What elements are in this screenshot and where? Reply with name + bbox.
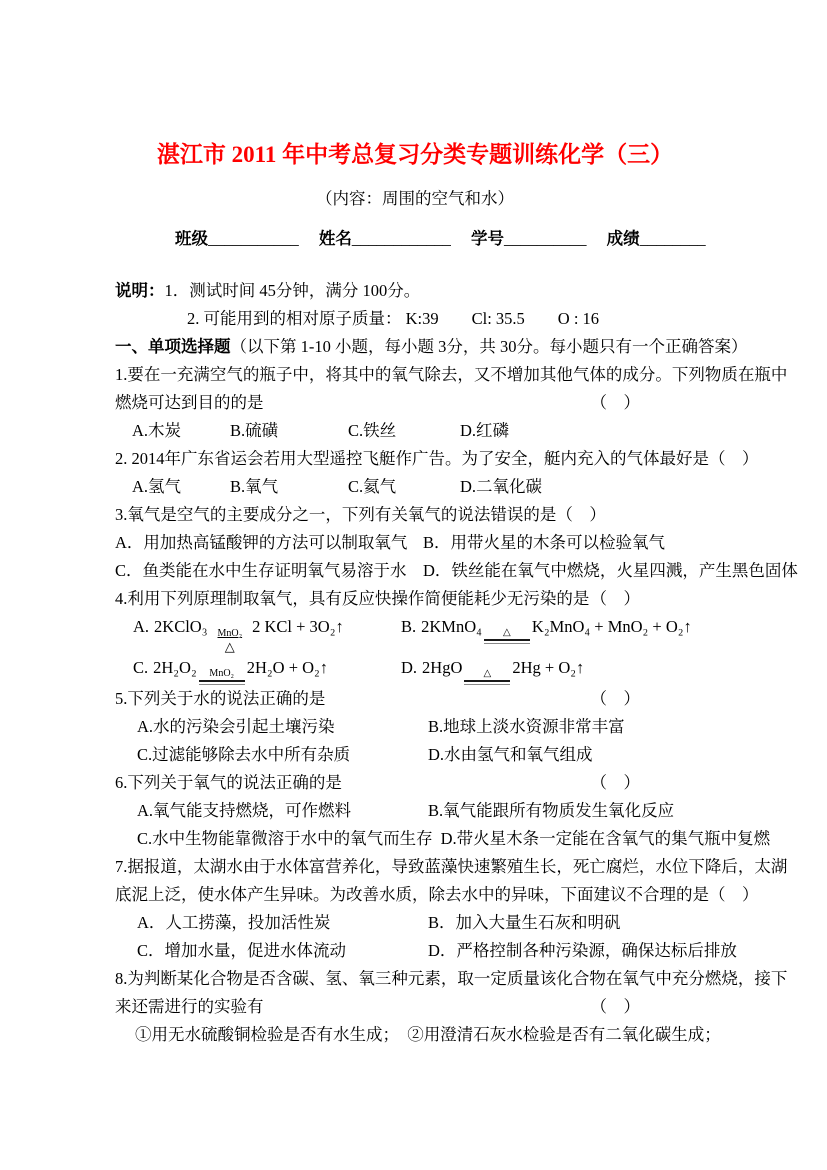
field-student-number-label: 学号 [471, 229, 504, 248]
q4-equations-row-2: C.2H₂O₂MnO₂2H₂O + O₂↑ D.2HgO△2Hg + O₂↑ [115, 654, 715, 685]
q2-option-a: A.氢气 [132, 473, 230, 501]
section-title: 一、单项选择题 [115, 337, 231, 356]
q6-answer-bracket: （ ） [591, 769, 641, 797]
q5-options-row-2: C.过滤能够除去水中所有杂质 D.水由氢气和氧气组成 [115, 741, 715, 769]
q7-option-d: D．严格控制各种污染源，确保达标后排放 [428, 937, 737, 965]
q3-option-b: B．用带火星的木条可以检验氧气 [423, 529, 665, 557]
q2-answer-bracket: （ ） [709, 445, 759, 473]
q2-stem: 2. 2014年广东省运会若用大型遥控飞艇作广告。为了安全，艇内充入的气体最好是… [115, 445, 715, 473]
q4-equation-d: D.2HgO△2Hg + O₂↑ [401, 654, 584, 685]
q7-options-row-1: A．人工捞藻，投加活性炭 B．加入大量生石灰和明矾 [115, 909, 715, 937]
q2-options-row: A.氢气 B.氧气 C.氦气 D.二氧化碳 [115, 473, 715, 501]
q3-options-row-1: A．用加热高锰酸钾的方法可以制取氧气 B．用带火星的木条可以检验氧气 [115, 529, 715, 557]
q5-option-c: C.过滤能够除去水中所有杂质 [137, 741, 428, 769]
student-info-line: 班级___________ 姓名____________ 学号_________… [115, 227, 715, 251]
exam-body: 说明：1．测试时间 45分钟，满分 100分。 2. 可能用到的相对原子质量： … [115, 277, 715, 1049]
q6-option-d: D.带火星木条一定能在含氧气的集气瓶中复燃 [441, 825, 771, 853]
q4-answer-bracket: （ ） [591, 585, 641, 613]
reaction-arrow-delta: △ [464, 669, 510, 685]
exam-content: 湛江市 2011 年中考总复习分类专题训练化学（三） （内容：周围的空气和水） … [0, 0, 827, 1049]
q4-equations-row-1: A.2KClO₃MnO₂△2 KCl + 3O₂↑ B.2KMnO₄△K₂MnO… [115, 613, 715, 654]
q5-options-row-1: A.水的污染会引起土壤污染 B.地球上淡水资源非常丰富 [115, 713, 715, 741]
q6-options-row-1: A.氧气能支持燃烧，可作燃料 B.氧气能跟所有物质发生氧化反应 [115, 797, 715, 825]
q7-stem-line-2: 底泥上泛，使水体产生异味。为改善水质，除去水中的异味，下面建议不合理的是 （ ） [115, 881, 715, 909]
field-class-label: 班级 [175, 229, 208, 248]
q5-option-a: A.水的污染会引起土壤污染 [137, 713, 428, 741]
q3-stem: 3.氧气是空气的主要成分之一，下列有关氧气的说法错误的是（ ） [115, 501, 715, 529]
section-desc: （以下第 1-10 小题，每小题 3分，共 30分。每小题只有一个正确答案） [231, 337, 748, 356]
q6-option-b: B.氧气能跟所有物质发生氧化反应 [428, 797, 674, 825]
q5-option-b: B.地球上淡水资源非常丰富 [428, 713, 625, 741]
q1-options-row: A.木炭 B.硫磺 C.铁丝 D.红磷 [115, 417, 715, 445]
q7-options-row-2: C．增加水量，促进水体流动 D．严格控制各种污染源，确保达标后排放 [115, 937, 715, 965]
q6-option-a: A.氧气能支持燃烧，可作燃料 [137, 797, 428, 825]
q7-option-a: A．人工捞藻，投加活性炭 [137, 909, 428, 937]
q1-option-b: B.硫磺 [230, 417, 348, 445]
field-name-label: 姓名 [319, 229, 352, 248]
field-score-label: 成绩 [607, 229, 640, 248]
q4-stem: 4.利用下列原理制取氧气，具有反应快操作简便能耗少无污染的是 （ ） [115, 585, 715, 613]
q8-followup-line: ①用无水硫酸铜检验是否有水生成； ②用澄清石灰水检验是否有二氧化碳生成； [115, 1021, 715, 1049]
q4-equation-a: A.2KClO₃MnO₂△2 KCl + 3O₂↑ [133, 613, 401, 654]
q8-stem-line-2: 来还需进行的实验有 （ ） [115, 993, 715, 1021]
q3-options-row-2: C．鱼类能在水中生存证明氧气易溶于水 D．铁丝能在氧气中燃烧，火星四溅，产生黑色… [115, 557, 715, 585]
q5-option-d: D.水由氢气和氧气组成 [428, 741, 593, 769]
q6-option-c: C.水中生物能靠微溶于水中的氧气而生存 [137, 825, 441, 853]
q5-answer-bracket: （ ） [591, 685, 641, 713]
notes-line-1: 说明：1．测试时间 45分钟，满分 100分。 [115, 277, 715, 305]
q3-option-c: C．鱼类能在水中生存证明氧气易溶于水 [115, 557, 423, 585]
q1-answer-bracket: （ ） [591, 389, 641, 417]
field-class-blank: ___________ [208, 229, 299, 248]
q7-option-c: C．增加水量，促进水体流动 [137, 937, 428, 965]
notes-item-1: 1．测试时间 45分钟，满分 100分。 [165, 281, 421, 300]
field-score-blank: ________ [640, 229, 706, 248]
q3-option-d: D．铁丝能在氧气中燃烧，火星四溅，产生黑色固体 [423, 557, 798, 585]
q6-stem: 6.下列关于氧气的说法正确的是 （ ） [115, 769, 715, 797]
q7-answer-bracket: （ ） [709, 881, 759, 909]
q5-stem: 5.下列关于水的说法正确的是 （ ） [115, 685, 715, 713]
q7-option-b: B．加入大量生石灰和明矾 [428, 909, 621, 937]
q1-option-c: C.铁丝 [348, 417, 460, 445]
q8-stem-line-1: 8.为判断某化合物是否含碳、氢、氧三种元素，取一定质量该化合物在氧气中充分燃烧，… [115, 965, 715, 993]
q4-equation-c: C.2H₂O₂MnO₂2H₂O + O₂↑ [133, 654, 401, 685]
field-name: 姓名____________ [319, 229, 451, 248]
q2-option-b: B.氧气 [230, 473, 348, 501]
reaction-arrow-mno2: MnO₂ [199, 669, 245, 685]
subtitle: （内容：周围的空气和水） [115, 188, 715, 210]
reaction-condition-mno2-triangle: MnO₂△ [217, 629, 242, 654]
q7-stem-line-1: 7.据报道，太湖水由于水体富营养化，导致蓝藻快速繁殖生长，死亡腐烂，水位下降后，… [115, 853, 715, 881]
notes-label: 说明： [115, 281, 165, 300]
q6-options-row-2: C.水中生物能靠微溶于水中的氧气而生存 D.带火星木条一定能在含氧气的集气瓶中复… [115, 825, 715, 853]
q1-stem-line-1: 1.要在一充满空气的瓶子中，将其中的氧气除去，又不增加其他气体的成分。下列物质在… [115, 361, 715, 389]
q1-option-d: D.红磷 [460, 417, 715, 445]
page-title: 湛江市 2011 年中考总复习分类专题训练化学（三） [115, 140, 715, 170]
exam-paper-page: 湛江市 2011 年中考总复习分类专题训练化学（三） （内容：周围的空气和水） … [0, 0, 827, 1170]
field-name-blank: ____________ [352, 229, 451, 248]
field-score: 成绩________ [607, 229, 706, 248]
q2-option-c: C.氦气 [348, 473, 460, 501]
field-class: 班级___________ [175, 229, 299, 248]
q4-equation-b: B.2KMnO₄△K₂MnO₄ + MnO₂ + O₂↑ [401, 613, 692, 654]
notes-line-2: 2. 可能用到的相对原子质量： K:39 Cl: 35.5 O : 16 [115, 305, 715, 333]
field-student-number-blank: __________ [504, 229, 587, 248]
section-header: 一、单项选择题（以下第 1-10 小题，每小题 3分，共 30分。每小题只有一个… [115, 333, 715, 361]
field-student-number: 学号__________ [471, 229, 587, 248]
notes-item-2: 2. 可能用到的相对原子质量： K:39 Cl: 35.5 O : 16 [187, 309, 599, 328]
reaction-arrow-delta: △ [484, 628, 530, 644]
q2-option-d: D.二氧化碳 [460, 473, 715, 501]
q1-option-a: A.木炭 [132, 417, 230, 445]
q1-stem-line-2: 燃烧可达到目的的是 （ ） [115, 389, 715, 417]
q8-answer-bracket: （ ） [591, 993, 641, 1021]
q3-option-a: A．用加热高锰酸钾的方法可以制取氧气 [115, 529, 423, 557]
